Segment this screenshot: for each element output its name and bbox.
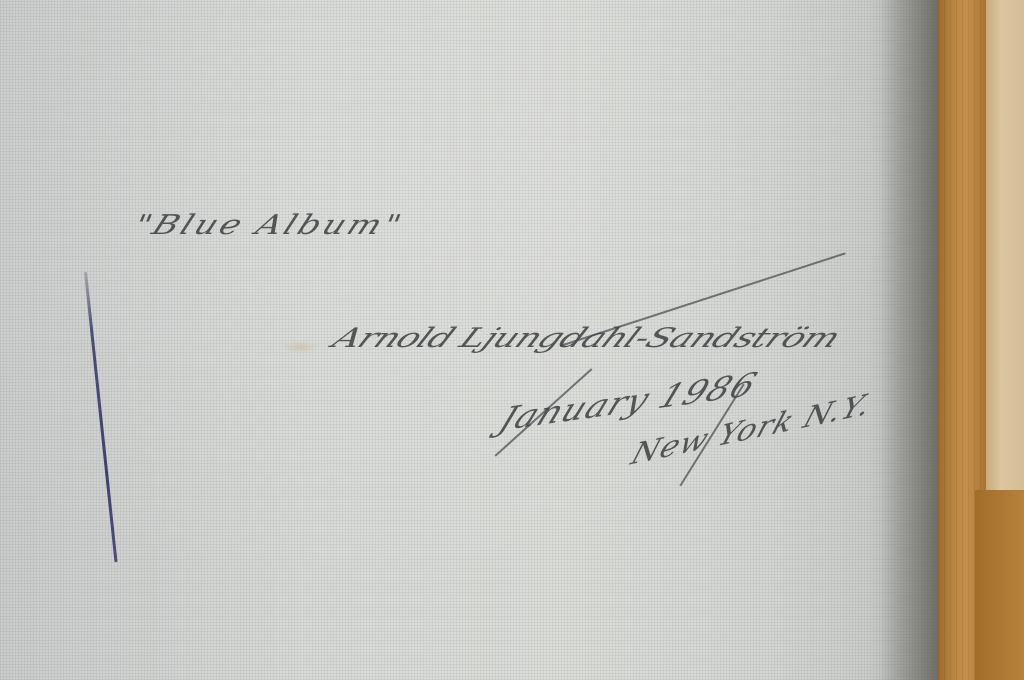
inscription-title: "Blue Album" — [129, 209, 409, 241]
wooden-stretcher-lower — [975, 490, 1024, 680]
canvas-edge-shadow — [880, 0, 940, 680]
inscription-signature: Arnold Ljungdahl-Sandström — [327, 323, 846, 354]
canvas-stain — [282, 340, 320, 354]
